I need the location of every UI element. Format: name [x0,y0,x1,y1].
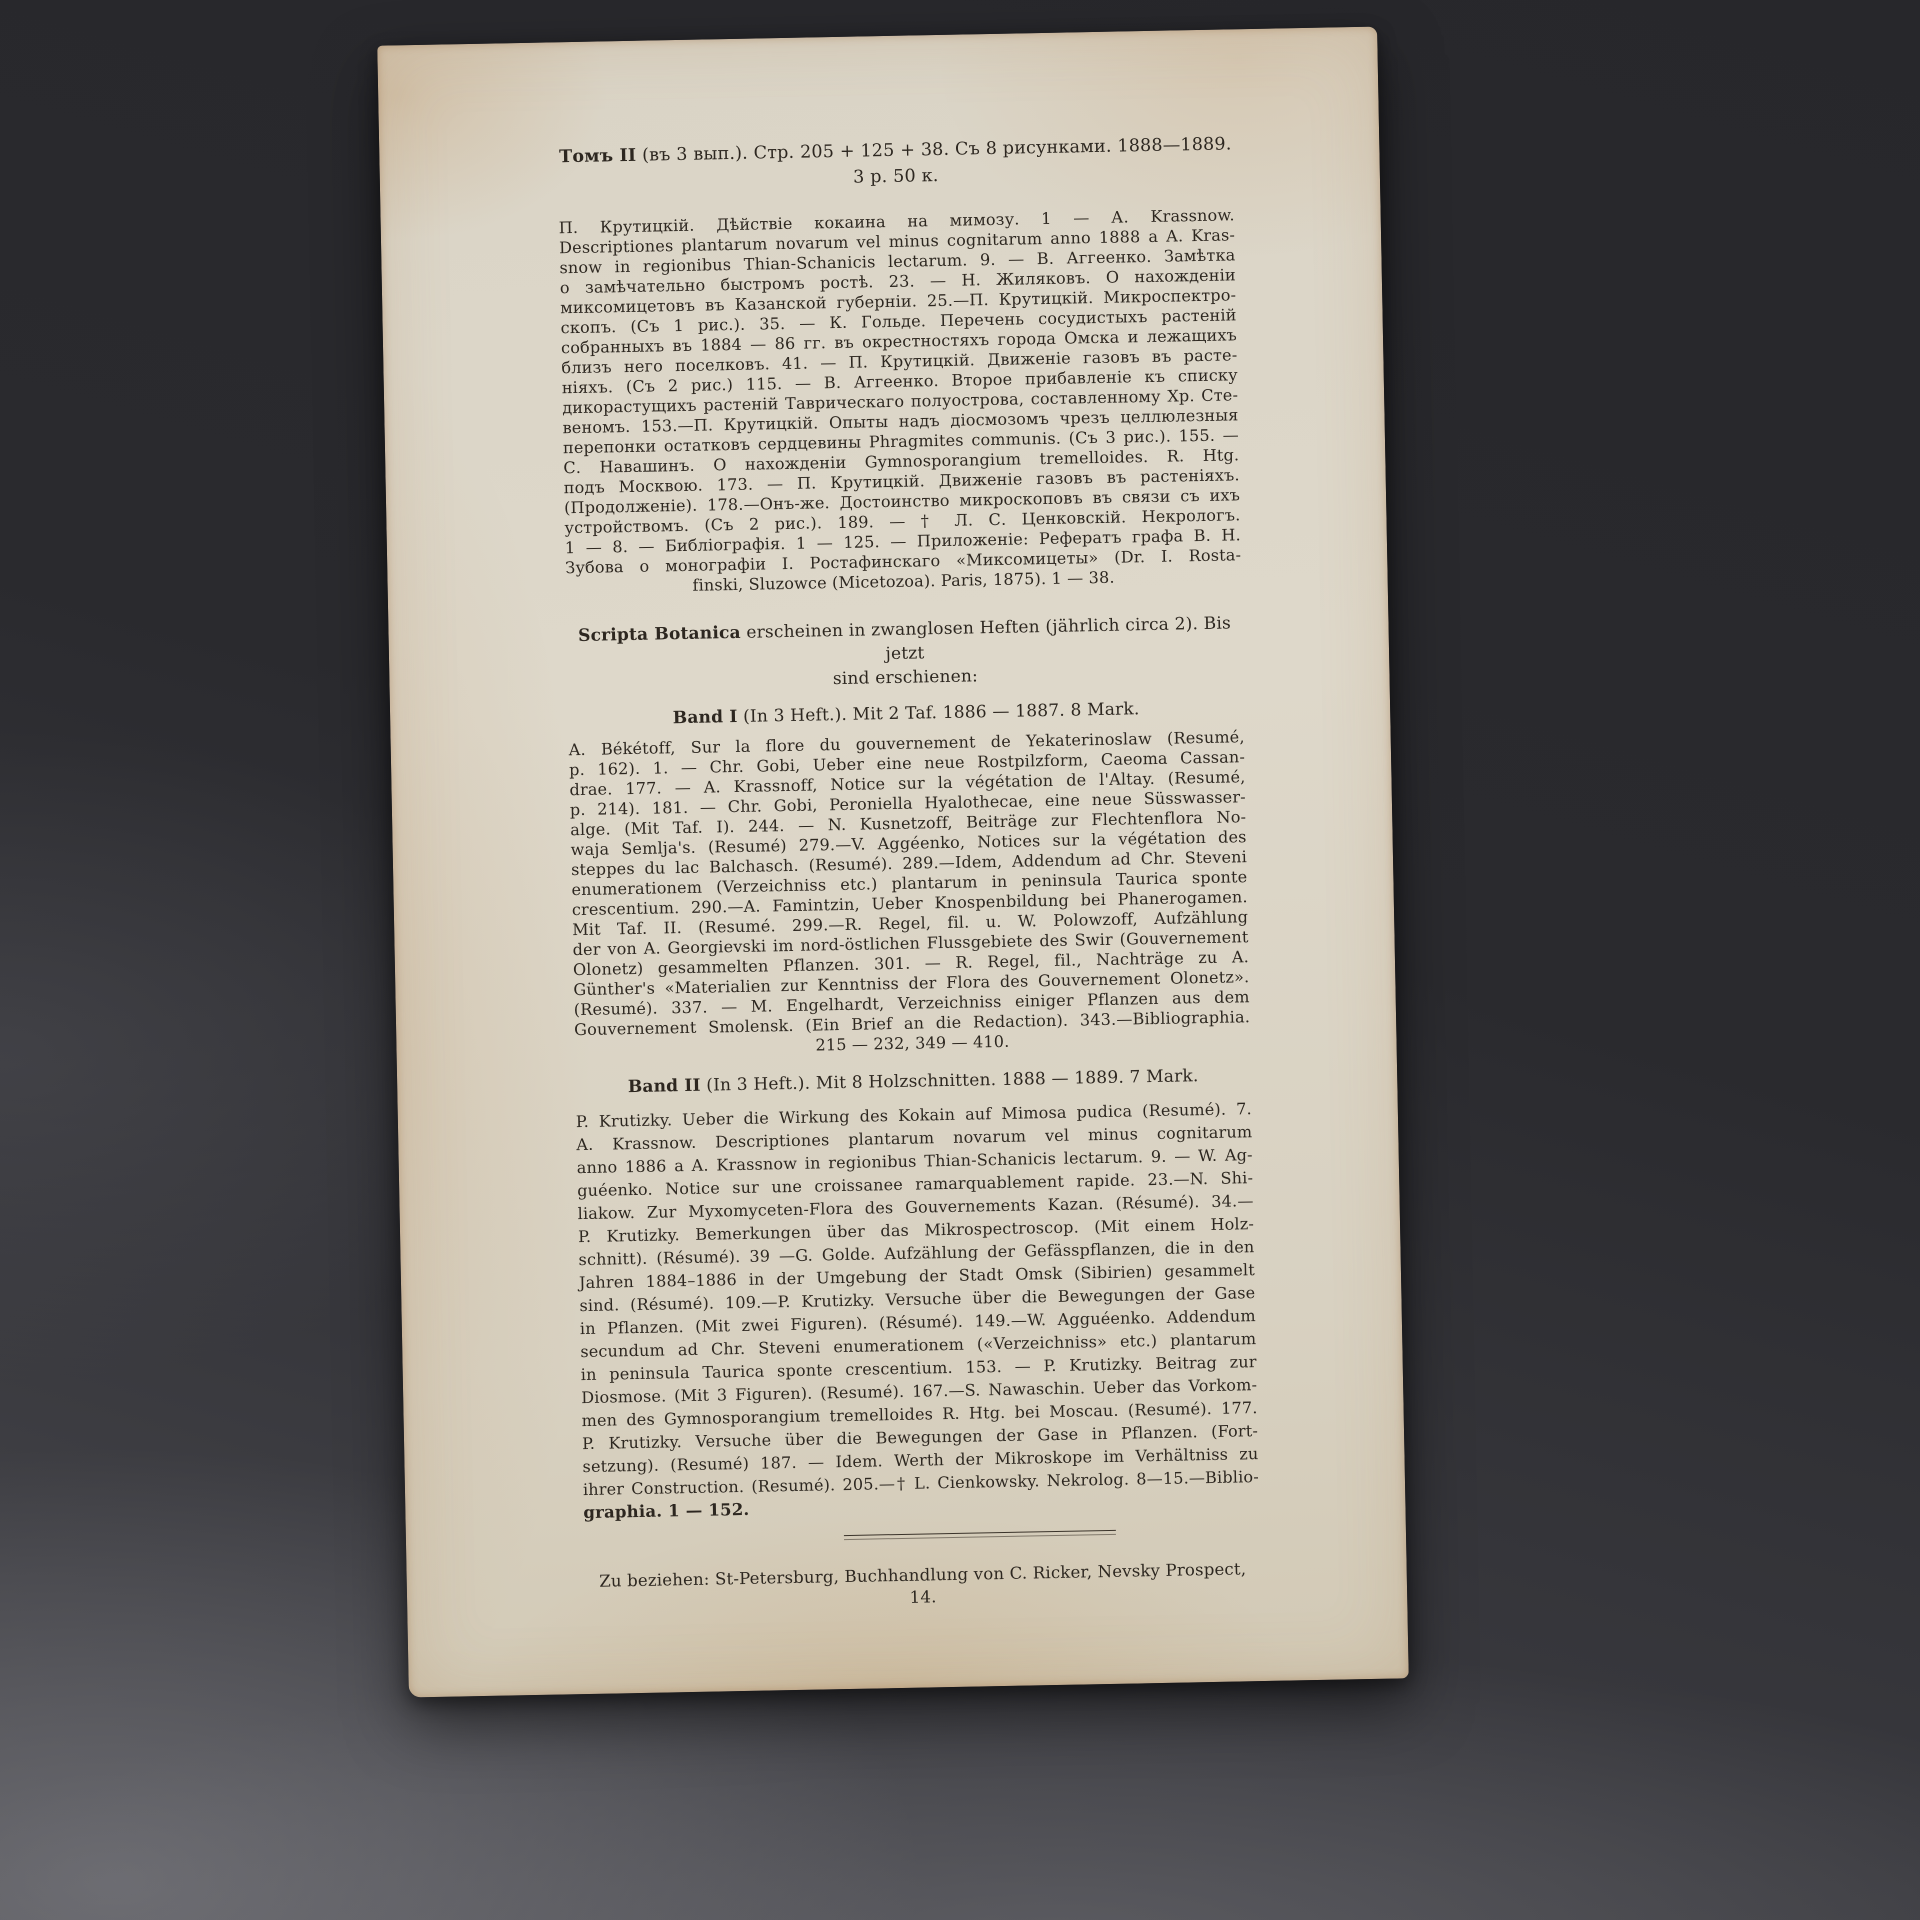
volume-title-bold: Томъ II [559,146,637,167]
page-text-column: Томъ II (въ 3 вып.). Стр. 205 + 125 + 38… [557,131,1261,1615]
scripta-heading-bold: Scripta Botanica [578,623,741,646]
band2-paragraph: P. Krutizky. Ueber die Wirkung des Kokai… [576,1097,1259,1501]
document-page: Томъ II (въ 3 вып.). Стр. 205 + 125 + 38… [377,27,1409,1698]
band1-paragraph: A. Békétoff, Sur la flore du gouvernemen… [569,727,1251,1040]
band1-heading-bold: Band I [673,707,738,728]
publisher-footer: Zu beziehen: St-Petersburg, Buchhandlung… [585,1558,1262,1615]
toc-russian-paragraph: П. Крутицкій. Дѣйствіе кокаина на мимозу… [559,205,1242,578]
divider-rule [844,1530,1116,1540]
scripta-heading-rest: erscheinen in zwanglosen Heften (jährlic… [741,613,1232,664]
desk-surface: Томъ II (въ 3 вып.). Стр. 205 + 125 + 38… [0,0,1920,1920]
band2-heading-bold: Band II [628,1076,701,1097]
